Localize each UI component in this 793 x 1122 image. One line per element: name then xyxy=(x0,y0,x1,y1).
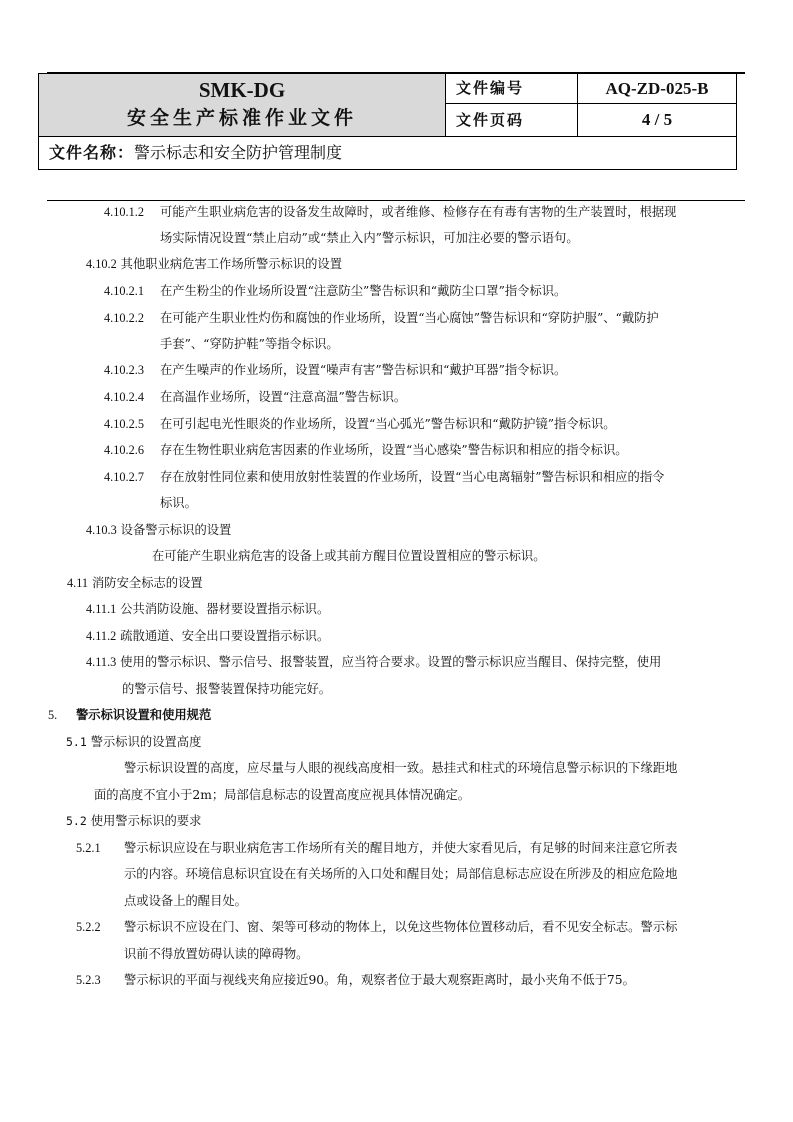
page-value: 4 / 5 xyxy=(578,104,736,137)
clause-4-10-2-5: 4.10.2.5在可引起电光性眼炎的作业场所，设置“当心弧光”警告标识和“戴防护… xyxy=(104,416,616,432)
clause-number: 4.11.2 xyxy=(86,628,116,644)
clause-number: 4.10.2.7 xyxy=(104,469,160,485)
clause-text: 警示标识应设在与职业病危害工作场所有关的醒目地方，并使大家看见后，有足够的时间来… xyxy=(124,841,677,855)
clause-text: 警示标识的平面与视线夹角应接近90。角，观察者位于最大观察距离时，最小夹角不低于… xyxy=(124,973,635,987)
section-number: 5.2 xyxy=(66,814,87,828)
clause-number: 5.2.1 xyxy=(76,840,124,856)
section-number: 4.10.2 xyxy=(86,256,117,272)
clause-text: 疏散通道、安全出口要设置指示标识。 xyxy=(120,629,329,643)
section-number: 4.10.3 xyxy=(86,522,117,538)
doc-name-value: 警示标志和安全防护管理制度 xyxy=(134,143,342,162)
document-header-table: SMK-DG 安全生产标准作业文件 文件编号 AQ-ZD-025-B 文件页码 … xyxy=(38,73,737,170)
clause-number: 4.10.2.6 xyxy=(104,442,160,458)
clause-4-11-1: 4.11.1 公共消防设施、器材要设置指示标识。 xyxy=(86,601,329,617)
clause-text: 在高温作业场所，设置“注意高温”警告标识。 xyxy=(160,390,406,404)
clause-text: 使用的警示标识、警示信号、报警装置，应当符合要求。设置的警示标识应当醒目、保持完… xyxy=(120,655,661,669)
clause-4-10-1-2: 4.10.1.2可能产生职业病危害的设备发生故障时，或者维修、检修存在有毒有害物… xyxy=(104,204,676,220)
doc-name-label: 文件名称： xyxy=(49,143,134,162)
clause-continuation: 点或设备上的醒目处。 xyxy=(124,893,247,909)
section-title: 警示标识的设置高度 xyxy=(91,735,202,749)
clause-text: 公共消防设施、器材要设置指示标识。 xyxy=(120,602,329,616)
clause-number: 5.2.2 xyxy=(76,919,124,935)
chapter-5-heading: 5.警示标识设置和使用规范 xyxy=(48,707,211,723)
chapter-title: 警示标识设置和使用规范 xyxy=(76,707,211,722)
clause-4-10-2-3: 4.10.2.3在产生噪声的作业场所，设置“噪声有害”警告标识和“戴护耳器”指令… xyxy=(104,362,566,378)
header-title-cell: SMK-DG 安全生产标准作业文件 xyxy=(39,74,446,137)
section-number: 4.11 xyxy=(67,575,88,591)
section-paragraph: 警示标识设置的高度，应尽量与人眼的视线高度相一致。悬挂式和柱式的环境信息警示标识… xyxy=(124,760,677,776)
clause-number: 4.11.1 xyxy=(86,601,116,617)
clause-number: 4.10.2.4 xyxy=(104,389,160,405)
clause-4-11-2: 4.11.2 疏散通道、安全出口要设置指示标识。 xyxy=(86,628,329,644)
clause-number: 5.2.3 xyxy=(76,972,124,988)
page-label: 文件页码 xyxy=(446,104,578,137)
section-4-11: 4.11 消防安全标志的设置 xyxy=(67,575,203,591)
clause-continuation: 手套”、“穿防护鞋”等指令标识。 xyxy=(160,336,339,352)
clause-continuation: 的警示信号、报警装置保持功能完好。 xyxy=(122,681,331,697)
clause-number: 4.10.2.1 xyxy=(104,283,160,299)
clause-text: 在可能产生职业性灼伤和腐蚀的作业场所，设置“当心腐蚀”警告标识和“穿防护服”、“… xyxy=(160,311,659,325)
section-4-10-2: 4.10.2 其他职业病危害工作场所警示标识的设置 xyxy=(86,256,342,272)
clause-4-10-2-4: 4.10.2.4在高温作业场所，设置“注意高温”警告标识。 xyxy=(104,389,406,405)
clause-number: 4.10.2.5 xyxy=(104,416,160,432)
section-paragraph: 在可能产生职业病危害的设备上或其前方醒目位置设置相应的警示标识。 xyxy=(152,548,546,564)
clause-text: 在产生噪声的作业场所，设置“噪声有害”警告标识和“戴护耳器”指令标识。 xyxy=(160,363,566,377)
section-title: 使用警示标识的要求 xyxy=(91,814,202,828)
clause-5-2-2: 5.2.2警示标识不应设在门、窗、架等可移动的物体上，以免这些物体位置移动后，看… xyxy=(76,919,677,935)
clause-4-10-2-2: 4.10.2.2在可能产生职业性灼伤和腐蚀的作业场所，设置“当心腐蚀”警告标识和… xyxy=(104,310,659,326)
company-code: SMK-DG xyxy=(39,78,445,102)
clause-continuation: 标识。 xyxy=(160,495,197,511)
header-separator-rule xyxy=(47,200,745,201)
section-5-1: 5.1 警示标识的设置高度 xyxy=(66,734,201,750)
clause-continuation: 示的内容。环境信息标识宜设在有关场所的入口处和醒目处；局部信息标志应设在所涉及的… xyxy=(124,866,677,882)
clause-number: 4.11.3 xyxy=(86,654,116,670)
section-title: 其他职业病危害工作场所警示标识的设置 xyxy=(121,257,342,271)
clause-text: 在产生粉尘的作业场所设置“注意防尘”警告标识和“戴防尘口罩”指令标识。 xyxy=(160,284,566,298)
section-number: 5.1 xyxy=(66,735,87,749)
clause-4-10-2-1: 4.10.2.1在产生粉尘的作业场所设置“注意防尘”警告标识和“戴防尘口罩”指令… xyxy=(104,283,566,299)
chapter-number: 5. xyxy=(48,707,76,723)
clause-continuation: 场实际情况设置“禁止启动”或“禁止入内”警示标识，可加注必要的警示语句。 xyxy=(160,230,579,246)
clause-number: 4.10.2.3 xyxy=(104,362,160,378)
document-type-title: 安全生产标准作业文件 xyxy=(39,104,445,132)
section-title: 设备警示标识的设置 xyxy=(121,523,232,537)
clause-continuation: 识前不得放置妨碍认读的障碍物。 xyxy=(124,946,308,962)
section-5-2: 5.2 使用警示标识的要求 xyxy=(66,813,201,829)
clause-5-2-3: 5.2.3警示标识的平面与视线夹角应接近90。角，观察者位于最大观察距离时，最小… xyxy=(76,972,635,988)
clause-number: 4.10.2.2 xyxy=(104,310,160,326)
clause-text: 警示标识不应设在门、窗、架等可移动的物体上，以免这些物体位置移动后，看不见安全标… xyxy=(124,920,677,934)
clause-4-10-2-6: 4.10.2.6存在生物性职业病危害因素的作业场所，设置“当心感染”警告标识和相… xyxy=(104,442,628,458)
clause-text: 存在生物性职业病危害因素的作业场所，设置“当心感染”警告标识和相应的指令标识。 xyxy=(160,443,628,457)
doc-number-label: 文件编号 xyxy=(446,74,578,104)
doc-name-row: 文件名称：警示标志和安全防护管理制度 xyxy=(39,137,736,169)
clause-text: 可能产生职业病危害的设备发生故障时，或者维修、检修存在有毒有害物的生产装置时，根… xyxy=(160,205,676,219)
section-4-10-3: 4.10.3 设备警示标识的设置 xyxy=(86,522,231,538)
section-paragraph-continuation: 面的高度不宜小于2m；局部信息标志的设置高度应视具体情况确定。 xyxy=(94,787,470,803)
clause-text: 存在放射性同位素和使用放射性装置的作业场所，设置“当心电离辐射”警告标识和相应的… xyxy=(160,470,664,484)
clause-5-2-1: 5.2.1警示标识应设在与职业病危害工作场所有关的醒目地方，并使大家看见后，有足… xyxy=(76,840,677,856)
clause-4-11-3: 4.11.3 使用的警示标识、警示信号、报警装置，应当符合要求。设置的警示标识应… xyxy=(86,654,661,670)
section-title: 消防安全标志的设置 xyxy=(92,576,203,590)
clause-text: 在可引起电光性眼炎的作业场所，设置“当心弧光”警告标识和“戴防护镜”指令标识。 xyxy=(160,417,616,431)
doc-number-value: AQ-ZD-025-B xyxy=(578,74,736,104)
clause-4-10-2-7: 4.10.2.7存在放射性同位素和使用放射性装置的作业场所，设置“当心电离辐射”… xyxy=(104,469,664,485)
clause-number: 4.10.1.2 xyxy=(104,204,160,220)
